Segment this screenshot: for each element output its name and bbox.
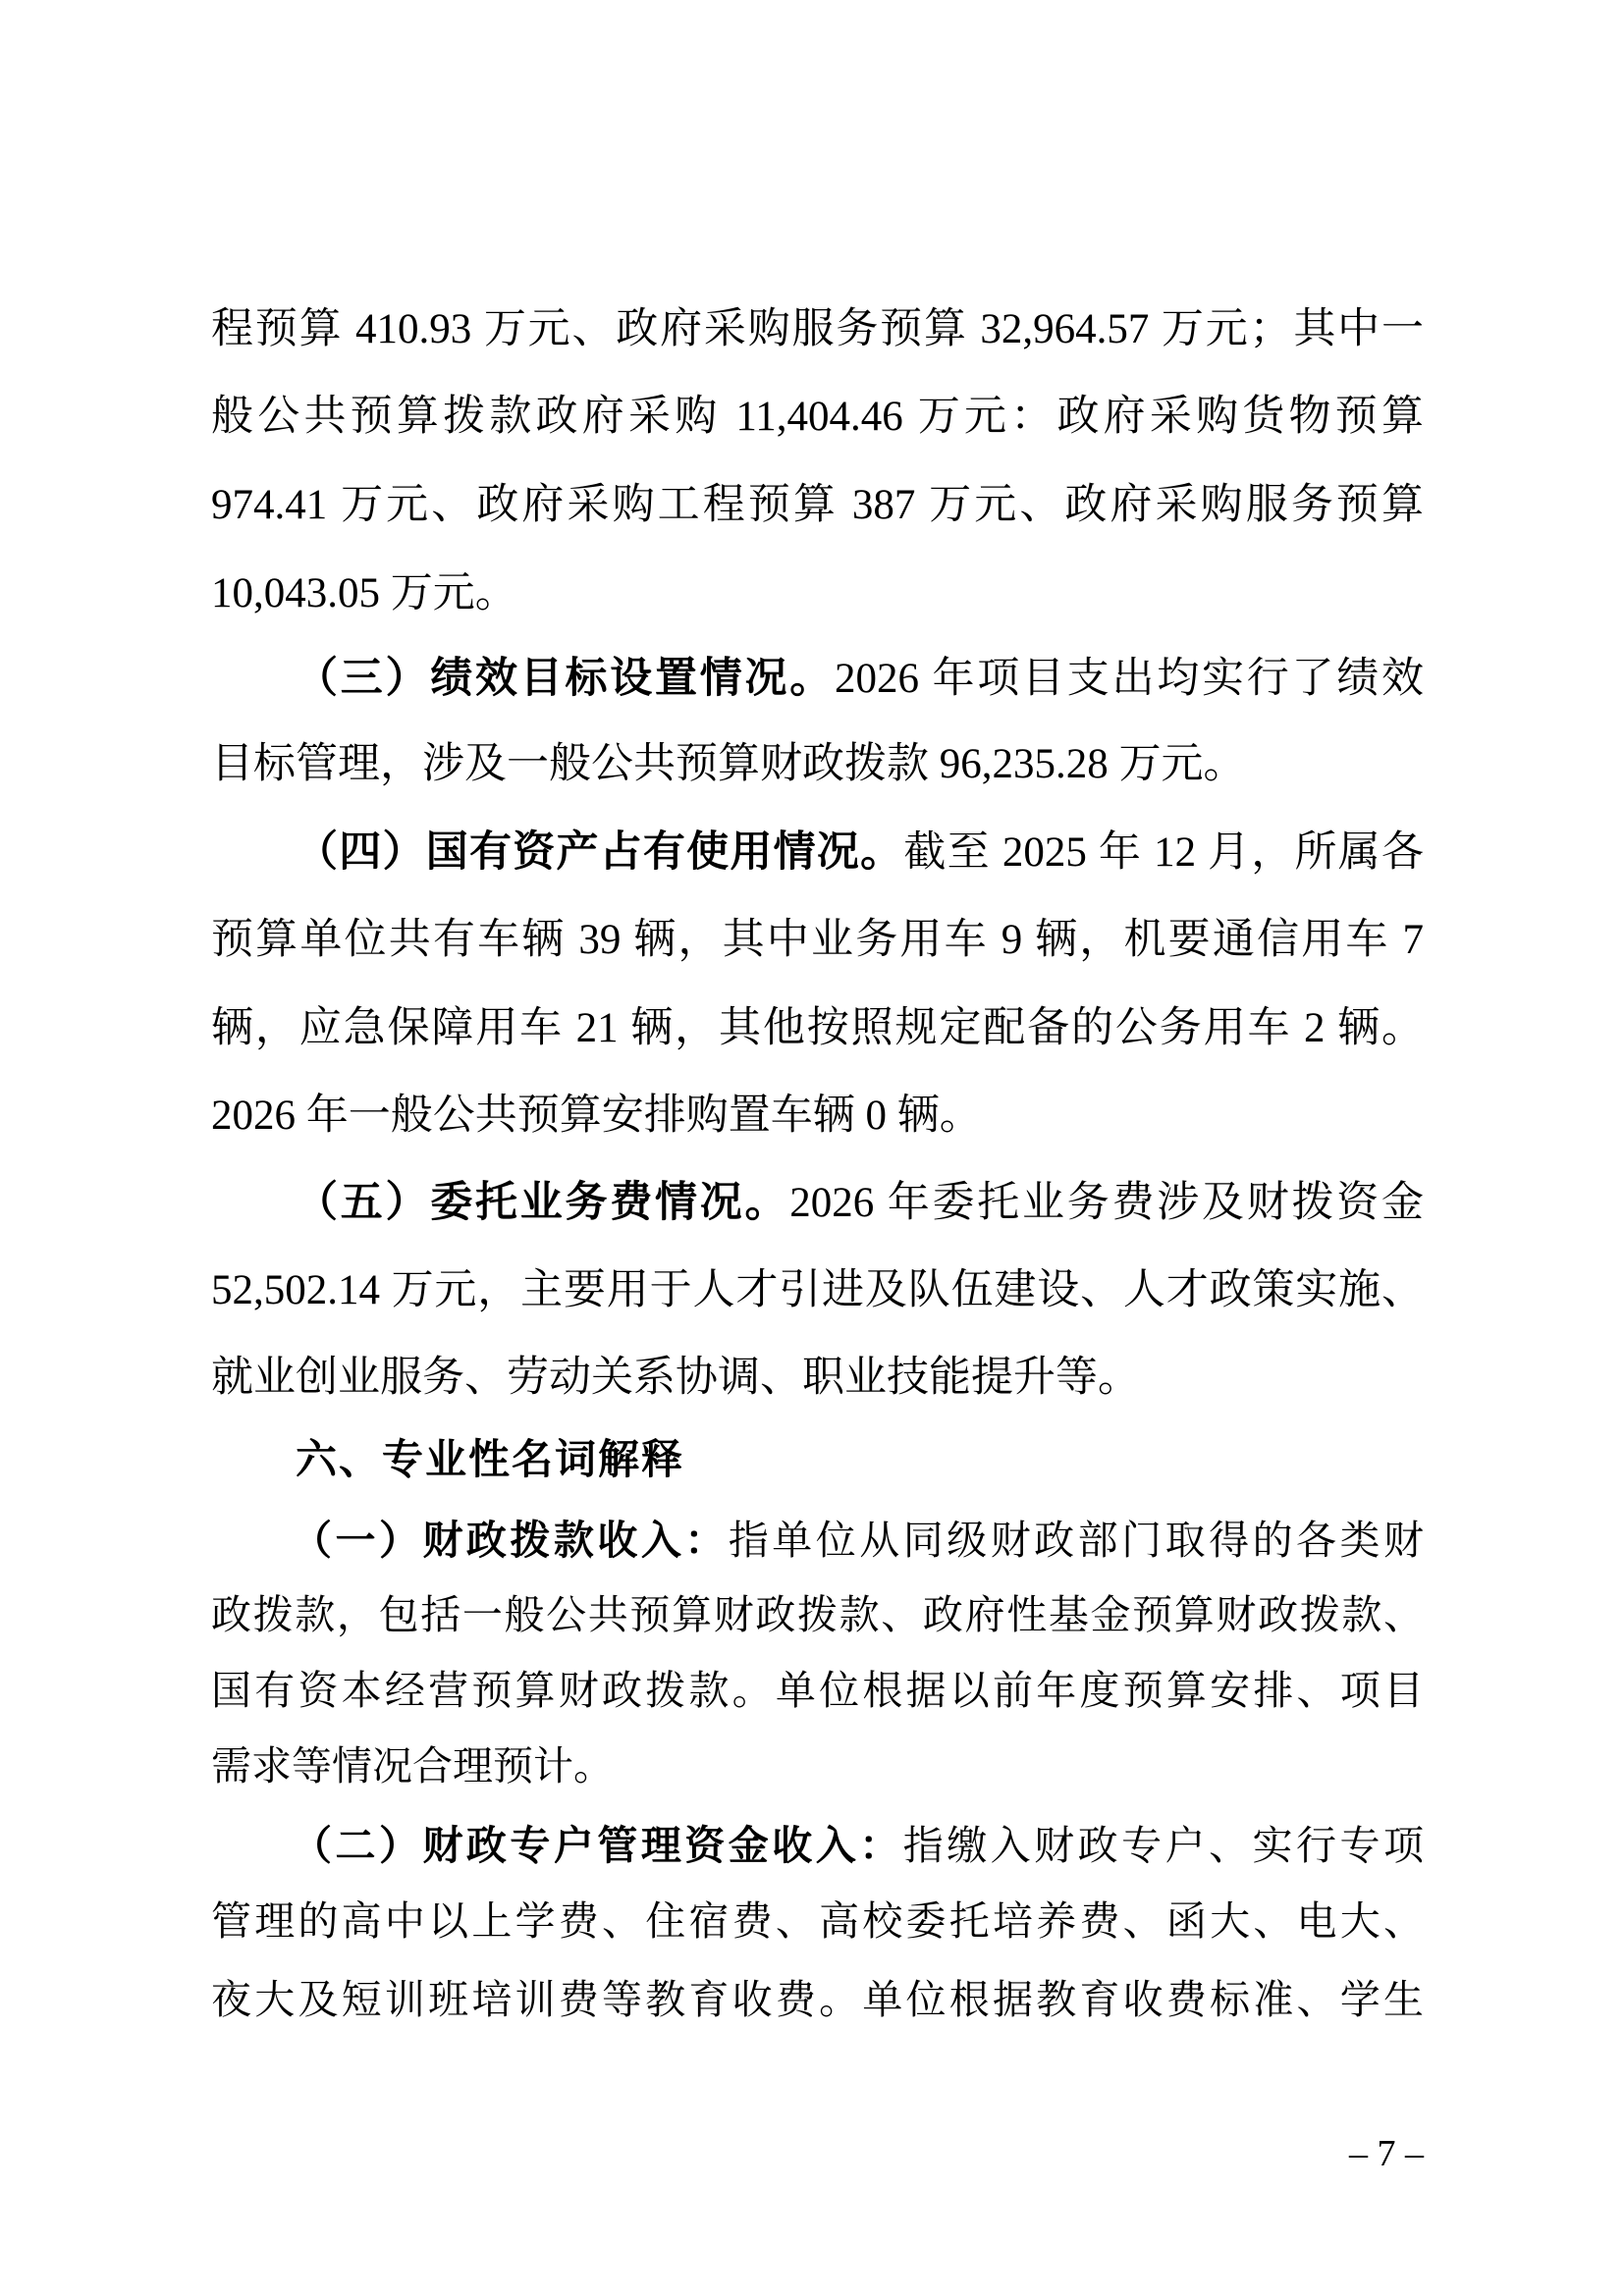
text-line: 目标管理，涉及一般公共预算财政拨款 96,235.28 万元。: [211, 740, 1424, 790]
text-line: 国有资本经营预算财政拨款。单位根据以前年度预算安排、项目: [211, 1667, 1424, 1714]
text-line: （一）财政拨款收入：指单位从同级财政部门取得的各类财: [211, 1517, 1424, 1564]
text-line: （四）国有资产占有使用情况。截至 2025 年 12 月，所属各: [211, 828, 1424, 879]
text-run: 夜大及短训班培训费等教育收费。单位根据教育收费标准、学生: [211, 1977, 1424, 2022]
text-run: 目标管理，涉及一般公共预算财政拨款 96,235.28 万元。: [211, 741, 1246, 787]
text-run: 辆，应急保障用车 21 辆，其他按照规定配备的公务用车 2 辆。: [211, 1005, 1424, 1051]
text-line: （二）财政专户管理资金收入：指缴入财政专户、实行专项: [211, 1822, 1424, 1869]
subheading-run: （一）财政拨款收入：: [292, 1518, 729, 1563]
text-run: 般公共预算拨款政府采购 11,404.46 万元：政府采购货物预算: [211, 394, 1424, 440]
subheading-run: （二）财政专户管理资金收入：: [292, 1823, 903, 1868]
text-line: 52,502.14 万元，主要用于人才引进及队伍建设、人才政策实施、: [211, 1266, 1424, 1316]
text-run: 国有资本经营预算财政拨款。单位根据以前年度预算安排、项目: [211, 1668, 1424, 1713]
text-run: 程预算 410.93 万元、政府采购服务预算 32,964.57 万元；其中一: [211, 306, 1424, 352]
text-line: （三）绩效目标设置情况。2026 年项目支出均实行了绩效: [211, 655, 1424, 705]
text-run: 指缴入财政专户、实行专项: [903, 1823, 1424, 1868]
text-line: 974.41 万元、政府采购工程预算 387 万元、政府采购服务预算: [211, 481, 1424, 531]
text-run: 就业创业服务、劳动关系协调、职业技能提升等。: [211, 1355, 1140, 1401]
text-line: 10,043.05 万元。: [211, 569, 1424, 619]
text-line: 需求等情况合理预计。: [211, 1742, 1424, 1789]
text-line: 夜大及短训班培训费等教育收费。单位根据教育收费标准、学生: [211, 1976, 1424, 2023]
text-run: 974.41 万元、政府采购工程预算 387 万元、政府采购服务预算: [211, 482, 1424, 528]
text-run: 2026 年一般公共预算安排购置车辆 0 辆。: [211, 1093, 982, 1139]
text-line: 2026 年一般公共预算安排购置车辆 0 辆。: [211, 1092, 1424, 1142]
text-run: 2026 年项目支出均实行了绩效: [835, 656, 1424, 702]
text-run: 10,043.05 万元。: [211, 570, 517, 616]
subheading-run: （三）绩效目标设置情况。: [296, 656, 835, 702]
text-line: 就业创业服务、劳动关系协调、职业技能提升等。: [211, 1354, 1424, 1404]
text-line: 辆，应急保障用车 21 辆，其他按照规定配备的公务用车 2 辆。: [211, 1004, 1424, 1054]
text-run: 需求等情况合理预计。: [211, 1743, 614, 1789]
text-run: 指单位从同级财政部门取得的各类财: [729, 1518, 1424, 1563]
text-line: 管理的高中以上学费、住宿费、高校委托培养费、函大、电大、: [211, 1897, 1424, 1945]
subheading-run: （五）委托业务费情况。: [296, 1180, 789, 1226]
text-line: 程预算 410.93 万元、政府采购服务预算 32,964.57 万元；其中一: [211, 305, 1424, 355]
subheading-run: （四）国有资产占有使用情况。: [296, 829, 903, 876]
text-line: 般公共预算拨款政府采购 11,404.46 万元：政府采购货物预算: [211, 393, 1424, 443]
text-line: 政拨款，包括一般公共预算财政拨款、政府性基金预算财政拨款、: [211, 1591, 1424, 1638]
text-run: 预算单位共有车辆 39 辆，其中业务用车 9 辆，机要通信用车 7: [211, 917, 1424, 963]
document-page: – 7 – 程预算 410.93 万元、政府采购服务预算 32,964.57 万…: [0, 0, 1624, 2296]
section-heading: 六、专业性名词解释: [211, 1435, 1508, 1484]
text-run: 管理的高中以上学费、住宿费、高校委托培养费、函大、电大、: [211, 1898, 1424, 1944]
text-line: （五）委托业务费情况。2026 年委托业务费涉及财拨资金: [211, 1179, 1424, 1229]
text-line: 预算单位共有车辆 39 辆，其中业务用车 9 辆，机要通信用车 7: [211, 916, 1424, 966]
page-number: – 7 –: [211, 2132, 1424, 2175]
subheading-run: 六、专业性名词解释: [296, 1436, 684, 1482]
text-run: 2026 年委托业务费涉及财拨资金: [789, 1180, 1424, 1226]
text-run: 52,502.14 万元，主要用于人才引进及队伍建设、人才政策实施、: [211, 1267, 1424, 1313]
text-run: 截至 2025 年 12 月，所属各: [903, 829, 1424, 876]
text-run: 政拨款，包括一般公共预算财政拨款、政府性基金预算财政拨款、: [211, 1592, 1424, 1637]
